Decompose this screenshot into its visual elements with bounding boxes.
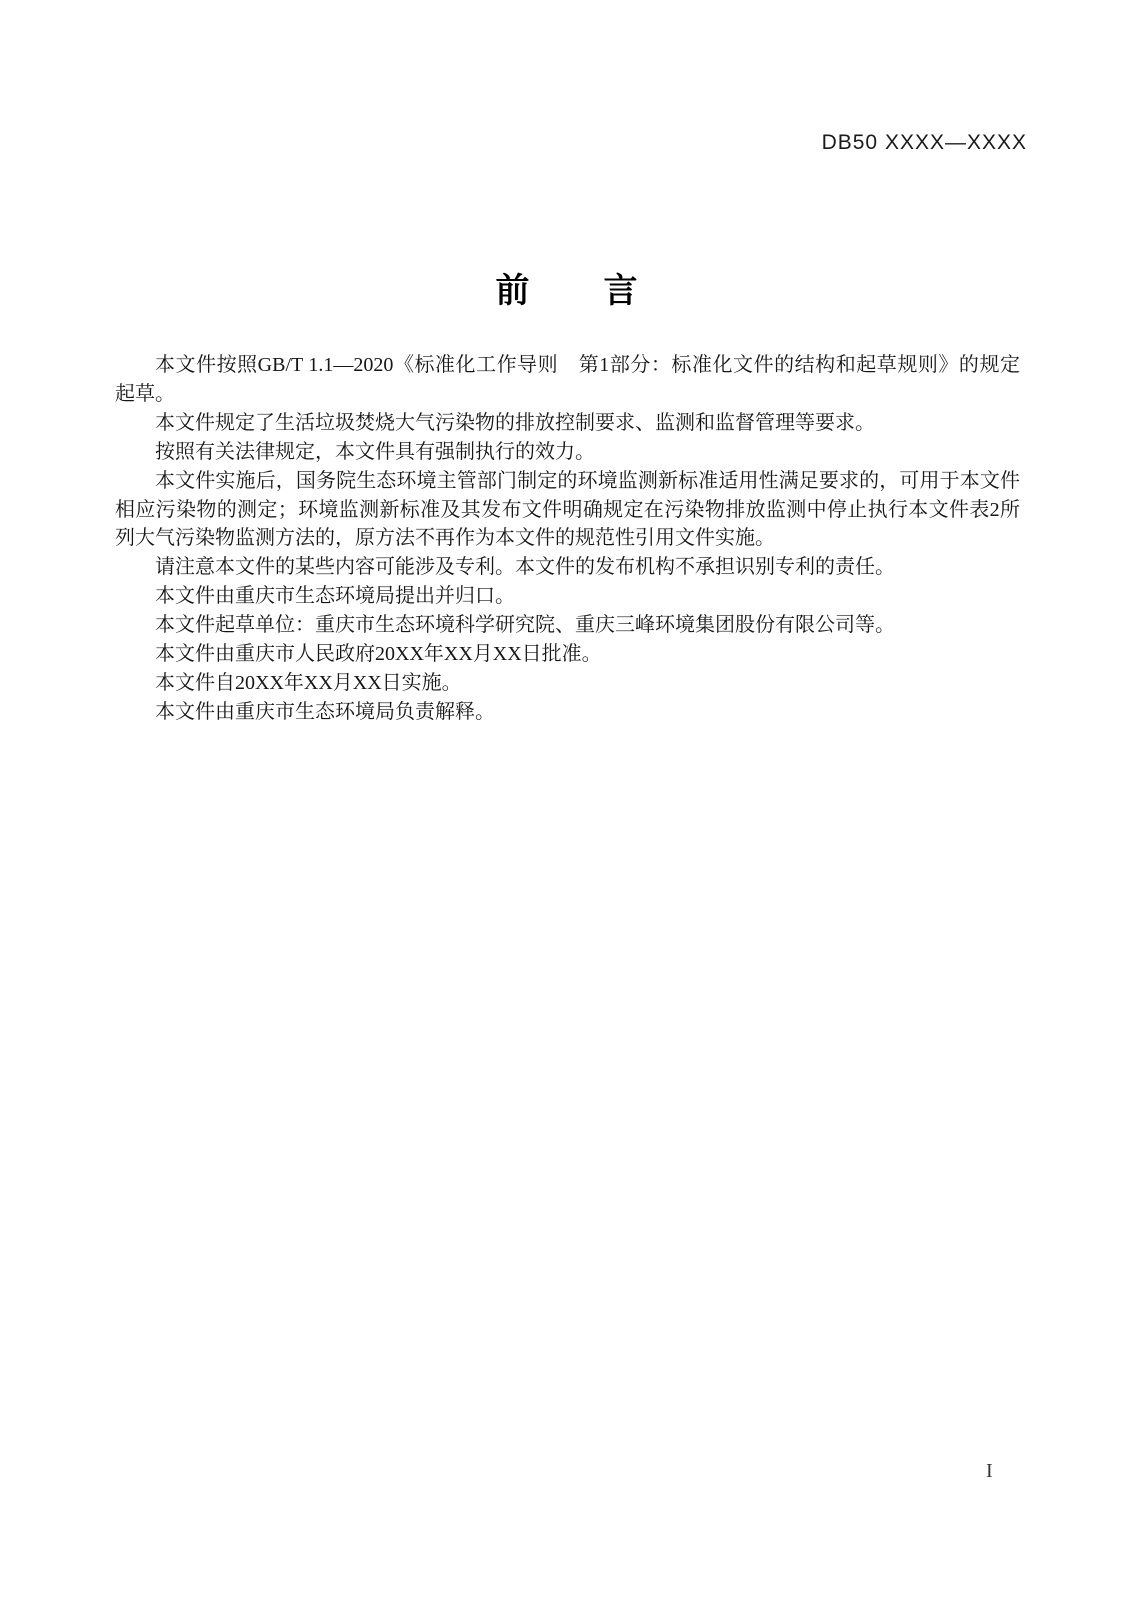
foreword-paragraph: 本文件由重庆市人民政府20XX年XX月XX日批准。 xyxy=(115,640,1020,669)
foreword-paragraph: 本文件由重庆市生态环境局提出并归口。 xyxy=(115,582,1020,611)
foreword-paragraph: 请注意本文件的某些内容可能涉及专利。本文件的发布机构不承担识别专利的责任。 xyxy=(115,553,1020,582)
page-number: I xyxy=(986,1460,993,1483)
foreword-paragraph: 本文件按照GB/T 1.1—2020《标准化工作导则 第1部分：标准化文件的结构… xyxy=(115,351,1020,409)
document-page: DB50 XXXX—XXXX 前 言 本文件按照GB/T 1.1—2020《标准… xyxy=(0,0,1131,1600)
foreword-paragraph: 本文件由重庆市生态环境局负责解释。 xyxy=(115,698,1020,727)
foreword-body: 本文件按照GB/T 1.1—2020《标准化工作导则 第1部分：标准化文件的结构… xyxy=(115,351,1020,727)
foreword-paragraph: 按照有关法律规定，本文件具有强制执行的效力。 xyxy=(115,438,1020,467)
page-title: 前 言 xyxy=(115,263,1020,312)
foreword-paragraph: 本文件实施后，国务院生态环境主管部门制定的环境监测新标准适用性满足要求的，可用于… xyxy=(115,467,1020,554)
foreword-paragraph: 本文件自20XX年XX月XX日实施。 xyxy=(115,669,1020,698)
foreword-paragraph: 本文件规定了生活垃圾焚烧大气污染物的排放控制要求、监测和监督管理等要求。 xyxy=(115,409,1020,438)
document-code: DB50 XXXX—XXXX xyxy=(822,131,1027,155)
foreword-paragraph: 本文件起草单位：重庆市生态环境科学研究院、重庆三峰环境集团股份有限公司等。 xyxy=(115,611,1020,640)
